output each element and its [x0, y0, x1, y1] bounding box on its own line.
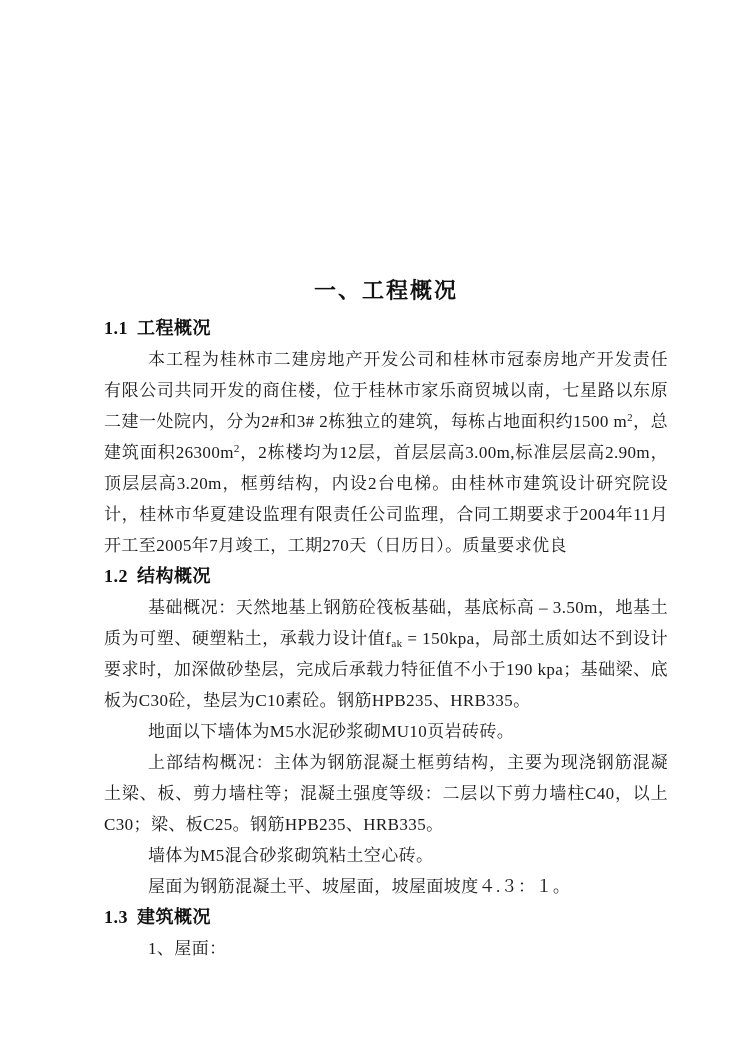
paragraph: 上部结构概况：主体为钢筋混凝土框剪结构，主要为现浇钢筋混凝土梁、板、剪力墙柱等；… — [104, 747, 668, 840]
section-heading: 1.1工程概况 — [104, 313, 668, 344]
section-title: 建筑概况 — [137, 907, 211, 927]
document-title: 一、工程概况 — [104, 276, 668, 306]
section-project-overview: 1.1工程概况 本工程为桂林市二建房地产开发公司和桂林市冠泰房地产开发责任有限公… — [104, 313, 668, 561]
text-run: 本工程为桂林市二建房地产开发公司和桂林市冠泰房地产开发责任有限公司共同开发的商住… — [104, 350, 668, 431]
text-run: 地面以下墙体为M5水泥砂浆砌MU10页岩砖砖。 — [148, 722, 514, 741]
document-content: 一、工程概况 1.1工程概况 本工程为桂林市二建房地产开发公司和桂林市冠泰房地产… — [104, 276, 668, 964]
paragraph: 本工程为桂林市二建房地产开发公司和桂林市冠泰房地产开发责任有限公司共同开发的商住… — [104, 344, 668, 561]
text-run: 屋面为钢筋混凝土平、坡屋面，坡屋面坡度４.３：１。 — [148, 877, 570, 896]
subscript-text: ak — [391, 638, 402, 650]
section-title: 结构概况 — [137, 566, 211, 586]
paragraph: 1、屋面： — [104, 933, 668, 964]
text-run: 墙体为M5混合砂浆砌筑粘土空心砖。 — [148, 846, 433, 865]
section-building-overview: 1.3建筑概况 1、屋面： — [104, 902, 668, 964]
paragraph: 基础概况：天然地基上钢筋砼筏板基础，基底标高 – 3.50m，地基土质为可塑、硬… — [104, 592, 668, 716]
document-page: 一、工程概况 1.1工程概况 本工程为桂林市二建房地产开发公司和桂林市冠泰房地产… — [0, 0, 744, 1052]
section-number: 1.1 — [104, 318, 128, 338]
paragraph: 地面以下墙体为M5水泥砂浆砌MU10页岩砖砖。 — [104, 716, 668, 747]
section-heading: 1.2结构概况 — [104, 561, 668, 592]
section-title: 工程概况 — [137, 318, 211, 338]
section-number: 1.3 — [104, 907, 128, 927]
section-number: 1.2 — [104, 566, 128, 586]
paragraph: 墙体为M5混合砂浆砌筑粘土空心砖。 — [104, 840, 668, 871]
paragraph: 屋面为钢筋混凝土平、坡屋面，坡屋面坡度４.３：１。 — [104, 871, 668, 902]
section-structure-overview: 1.2结构概况 基础概况：天然地基上钢筋砼筏板基础，基底标高 – 3.50m，地… — [104, 561, 668, 902]
text-run: 上部结构概况：主体为钢筋混凝土框剪结构，主要为现浇钢筋混凝土梁、板、剪力墙柱等；… — [104, 753, 668, 834]
text-run: 1、屋面： — [148, 939, 227, 958]
section-heading: 1.3建筑概况 — [104, 902, 668, 933]
